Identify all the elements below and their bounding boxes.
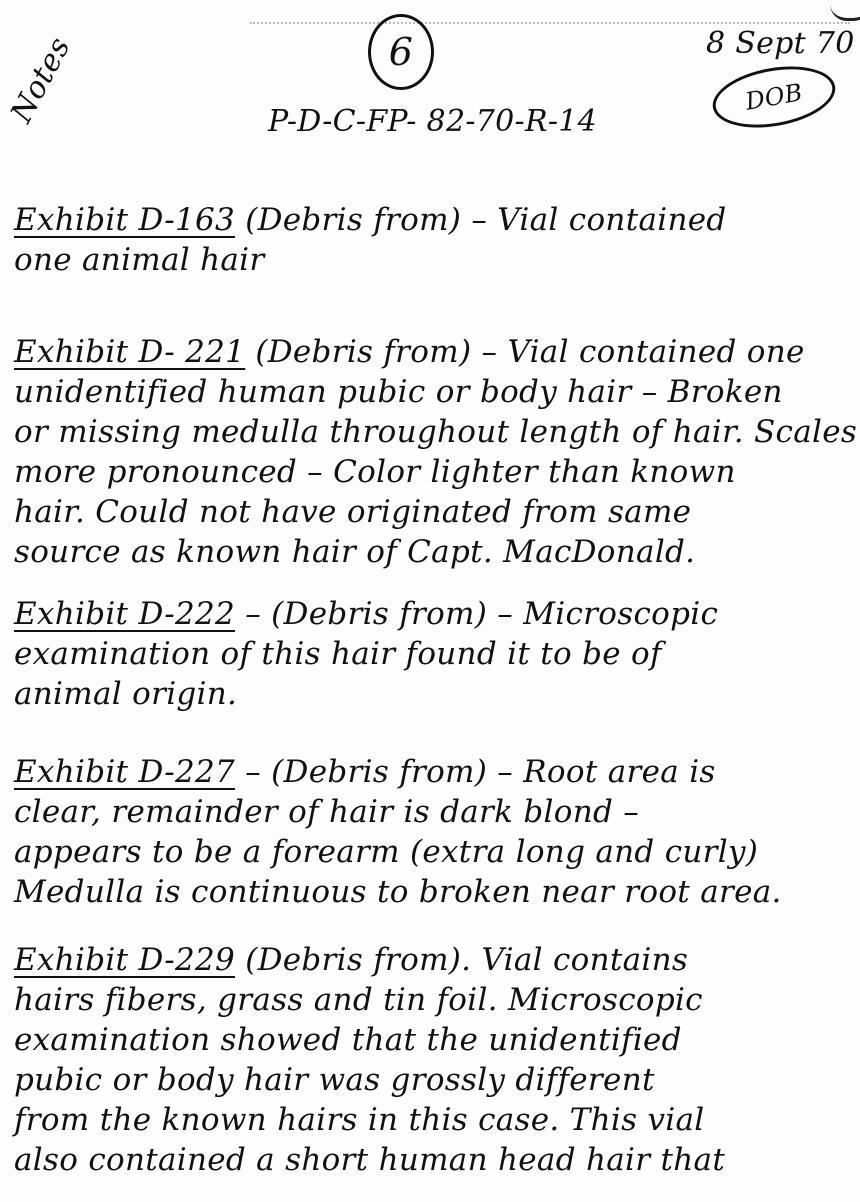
exhibit-entry: Exhibit D-227 – (Debris from) – Root are… xyxy=(14,752,854,912)
entry-line: unidentified human pubic or body hair – … xyxy=(14,372,854,412)
exhibit-entry: Exhibit D- 221 (Debris from) – Vial cont… xyxy=(14,332,854,572)
reference-code: P-D-C-FP- 82-70-R-14 xyxy=(268,104,597,139)
exhibit-heading: Exhibit D-229 xyxy=(14,942,235,978)
entry-line: hair. Could not have originated from sam… xyxy=(14,492,854,532)
entry-line: animal origin. xyxy=(14,674,854,714)
entry-line: examination of this hair found it to be … xyxy=(14,634,854,674)
page-number: 6 xyxy=(389,30,413,74)
entry-line: Exhibit D-227 – (Debris from) – Root are… xyxy=(14,752,854,792)
entry-line: appears to be a forearm (extra long and … xyxy=(14,832,854,872)
entry-line: Exhibit D-163 (Debris from) – Vial conta… xyxy=(14,200,854,240)
entry-line: Exhibit D-229 (Debris from). Vial contai… xyxy=(14,940,854,980)
entry-line: clear, remainder of hair is dark blond – xyxy=(14,792,854,832)
entry-line: Exhibit D- 221 (Debris from) – Vial cont… xyxy=(14,332,854,372)
exhibit-heading: Exhibit D- 221 xyxy=(14,334,245,370)
exhibit-heading: Exhibit D-227 xyxy=(14,754,235,790)
entry-line: one animal hair xyxy=(14,240,854,280)
entry-text: (Debris from). Vial contains xyxy=(245,942,688,978)
entry-line: source as known hair of Capt. MacDonald. xyxy=(14,532,854,572)
initials-circled: DOB xyxy=(708,58,840,137)
page-number-circled: 6 xyxy=(368,14,434,90)
initials: DOB xyxy=(743,78,804,116)
entry-line: pubic or body hair was grossly different xyxy=(14,1060,854,1100)
entry-line: from the known hairs in this case. This … xyxy=(14,1100,854,1140)
exhibit-entry: Exhibit D-163 (Debris from) – Vial conta… xyxy=(14,200,854,280)
entry-line: examination showed that the unidentified xyxy=(14,1020,854,1060)
date: 8 Sept 70 xyxy=(706,26,855,61)
entry-line: also contained a short human head hair t… xyxy=(14,1140,854,1180)
corner-mark xyxy=(830,4,860,21)
exhibit-entry: Exhibit D-229 (Debris from). Vial contai… xyxy=(14,940,854,1180)
entry-line: hairs fibers, grass and tin foil. Micros… xyxy=(14,980,854,1020)
exhibit-heading: Exhibit D-222 xyxy=(14,596,235,632)
entry-text: (Debris from) – Vial contained one xyxy=(255,334,804,370)
margin-note: Notes xyxy=(4,32,78,129)
exhibit-heading: Exhibit D-163 xyxy=(14,202,235,238)
entry-text: – (Debris from) – Microscopic xyxy=(245,596,718,632)
entry-line: Exhibit D-222 – (Debris from) – Microsco… xyxy=(14,594,854,634)
entry-text: (Debris from) – Vial contained xyxy=(245,202,726,238)
entry-line: Medulla is continuous to broken near roo… xyxy=(14,872,854,912)
entry-line: more pronounced – Color lighter than kno… xyxy=(14,452,854,492)
handwritten-note-page: Notes 6 P-D-C-FP- 82-70-R-14 8 Sept 70 D… xyxy=(0,0,860,1202)
exhibit-entry: Exhibit D-222 – (Debris from) – Microsco… xyxy=(14,594,854,714)
entry-text: – (Debris from) – Root area is xyxy=(245,754,715,790)
entry-line: or missing medulla throughout length of … xyxy=(14,412,854,452)
